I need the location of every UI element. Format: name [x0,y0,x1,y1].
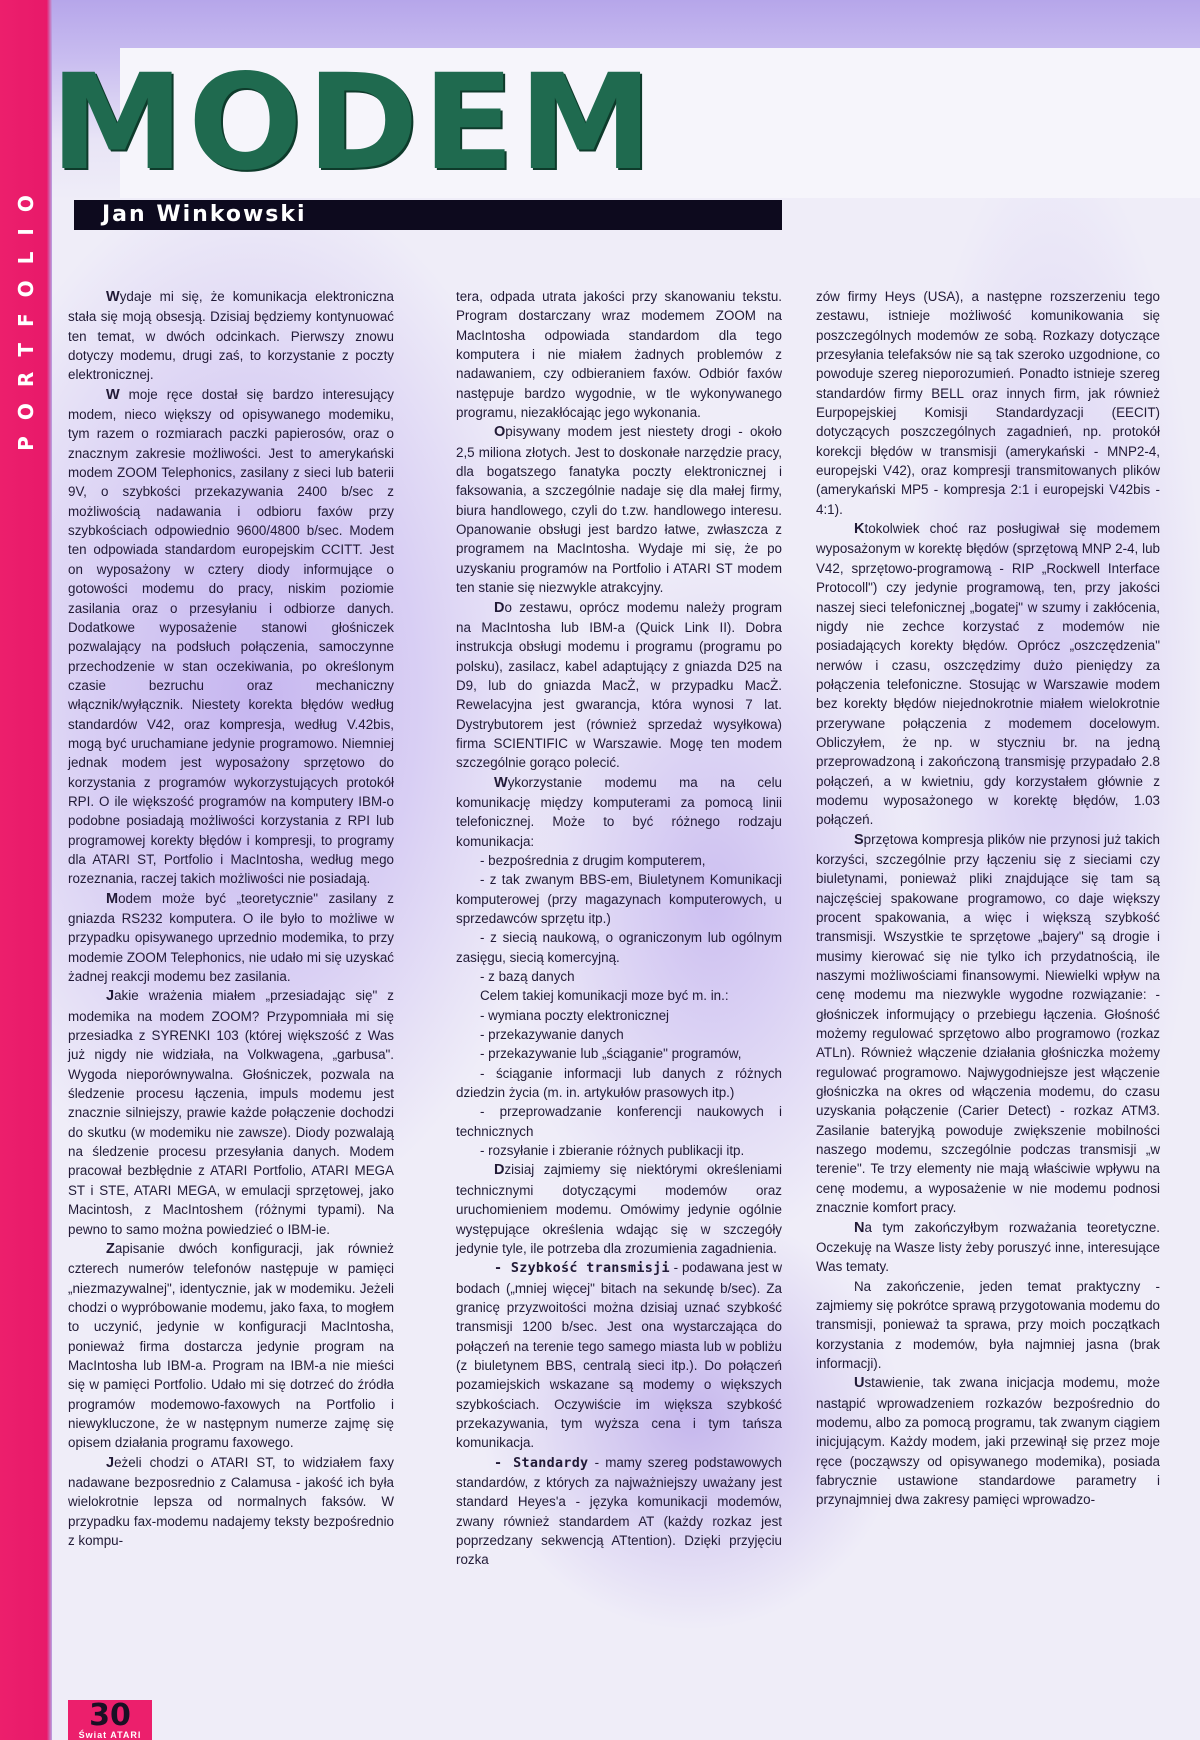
paragraph-text: akie wrażenia miałem „przesiadając się" … [68,988,394,1236]
paragraph: Sprzętowa kompresja plików nie przynosi … [816,830,1160,1218]
paragraph: Opisywany modem jest niestety drogi - ok… [456,422,782,597]
paragraph-text: Na zakończenie, jeden temat praktyczny -… [816,1279,1160,1371]
paragraph: - Szybkość transmisji - podawana jest w … [456,1258,782,1452]
paragraph: Na zakończenie, jeden temat praktyczny -… [816,1277,1160,1374]
drop-lead-letter: D [494,1162,504,1178]
paragraph-text: a tym zakończyłbym rozważania teoretyczn… [816,1220,1160,1275]
paragraph: Do zestawu, oprócz modemu należy program… [456,598,782,773]
paragraph-text: - podawana jest w bodach („mniej więcej"… [456,1260,782,1450]
paragraph-text: - przeprowadzanie konferencji naukowych … [456,1104,782,1138]
paragraph: - z bazą danych [456,967,782,986]
paragraph: - z siecią naukową, o ograniczonym lub o… [456,928,782,967]
paragraph-text: apisanie dwóch konfiguracji, jak również… [68,1241,394,1450]
section-label: PORTFOLIO [0,155,52,475]
paragraph-text: tokolwiek choć raz posługiwał się modeme… [816,521,1160,827]
paragraph: Dzisiaj zajmiemy się niektórymi określen… [456,1160,782,1258]
subheading: - Standardy [494,1456,588,1471]
drop-lead-letter: K [854,521,864,537]
paragraph: tera, odpada utrata jakości przy skanowa… [456,287,782,422]
paragraph-text: stawienie, tak zwana inicjacja modemu, m… [816,1375,1160,1507]
text-column-1: Wydaje mi się, że komunikacja elektronic… [68,287,394,1550]
drop-lead-letter: S [854,832,864,848]
text-column-3: zów firmy Heys (USA), a następne rozszer… [816,287,1160,1510]
paragraph: - przekazywanie lub „ściąganie" programó… [456,1044,782,1063]
paragraph: Modem może być „teoretycznie" zasilany z… [68,889,394,987]
paragraph: - wymiana poczty elektronicznej [456,1006,782,1025]
text-column-2: tera, odpada utrata jakości przy skanowa… [456,287,782,1570]
paragraph-text: - z bazą danych [480,969,575,984]
paragraph-text: - ściąganie informacji lub danych z różn… [456,1066,782,1100]
drop-lead-letter: J [106,988,114,1004]
article-title: MODEM [50,58,657,188]
paragraph-text: zisiaj zajmiemy się niektórymi określeni… [456,1162,782,1255]
drop-lead-letter: Z [106,1241,115,1257]
paragraph-text: tera, odpada utrata jakości przy skanowa… [456,289,782,420]
paragraph: Ktokolwiek choć raz posługiwał się modem… [816,519,1160,830]
paragraph-text: - z siecią naukową, o ograniczonym lub o… [456,930,782,964]
paragraph-text: - przekazywanie danych [480,1027,624,1042]
paragraph-text: zów firmy Heys (USA), a następne rozszer… [816,289,1160,517]
paragraph-text: - rozsyłanie i zbieranie różnych publika… [480,1143,744,1158]
section-label-text: PORTFOLIO [14,179,38,451]
page-number: 30 [68,1698,152,1733]
paragraph: - Standardy - mamy szereg podstawowych s… [456,1453,782,1570]
drop-lead-letter: N [854,1220,864,1236]
paragraph: - przekazywanie danych [456,1025,782,1044]
paragraph: Na tym zakończyłbym rozważania teoretycz… [816,1218,1160,1277]
author-bar: Jan Winkowski [74,200,782,230]
paragraph: Jakie wrażenia miałem „przesiadając się"… [68,986,394,1238]
paragraph-text: - mamy szereg podstawowych standardów, z… [456,1455,782,1568]
paragraph-text: o zestawu, oprócz modemu należy program … [456,600,782,771]
paragraph-text: pisywany modem jest niestety drogi - oko… [456,424,782,595]
section-sidebar: PORTFOLIO [0,0,52,1740]
paragraph-text: przętowa kompresja plików nie przynosi j… [816,832,1160,1216]
drop-lead-letter: M [106,891,118,907]
paragraph: - przeprowadzanie konferencji naukowych … [456,1102,782,1141]
drop-lead-letter: J [106,1455,114,1471]
magazine-name: Świat ATARI [68,1730,152,1740]
page-number-box: 30 Świat ATARI [68,1700,152,1740]
drop-lead-letter: O [494,424,505,440]
paragraph: zów firmy Heys (USA), a następne rozszer… [816,287,1160,519]
paragraph: - ściąganie informacji lub danych z różn… [456,1064,782,1103]
drop-lead-letter: U [854,1375,864,1391]
drop-lead-letter: D [494,600,504,616]
paragraph: - rozsyłanie i zbieranie różnych publika… [456,1141,782,1160]
paragraph: Zapisanie dwóch konfiguracji, jak równie… [68,1239,394,1453]
paragraph: W moje ręce dostał się bardzo interesują… [68,385,394,889]
drop-lead-letter: W [106,387,120,403]
paragraph: Jeżeli chodzi o ATARI ST, to widziałem f… [68,1453,394,1551]
paragraph: Celem takiej komunikacji moze być m. in.… [456,986,782,1005]
paragraph-text: moje ręce dostał się bardzo interesujący… [68,387,394,887]
paragraph-text: eżeli chodzi o ATARI ST, to widziałem fa… [68,1455,394,1548]
paragraph-text: - bezpośrednia z drugim komputerem, [480,853,706,868]
subheading: - Szybkość transmisji [494,1261,670,1276]
paragraph: - bezpośrednia z drugim komputerem, [456,851,782,870]
paragraph-text: Celem takiej komunikacji moze być m. in.… [480,988,729,1003]
author-name: Jan Winkowski [102,202,307,227]
drop-lead-letter: W [106,289,120,305]
paragraph: Wykorzystanie modemu ma na celu komunika… [456,773,782,851]
drop-lead-letter: W [494,775,508,791]
paragraph-text: - przekazywanie lub „ściąganie" programó… [480,1046,742,1061]
paragraph: Ustawienie, tak zwana inicjacja modemu, … [816,1373,1160,1509]
paragraph-text: - z tak zwanym BBS-em, Biuletynem Komuni… [456,872,782,926]
paragraph-text: - wymiana poczty elektronicznej [480,1008,669,1023]
paragraph: Wydaje mi się, że komunikacja elektronic… [68,287,394,385]
paragraph: - z tak zwanym BBS-em, Biuletynem Komuni… [456,870,782,928]
